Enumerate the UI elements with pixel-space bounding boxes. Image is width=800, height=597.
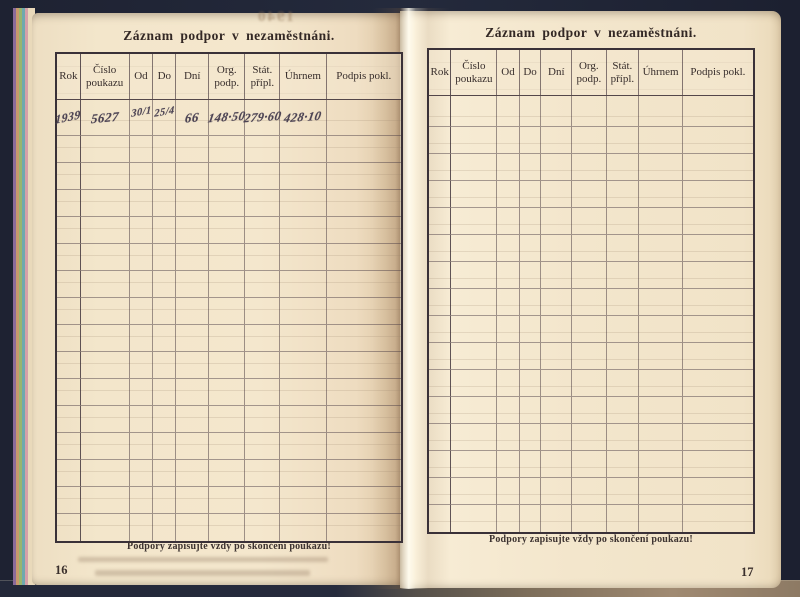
table-cell	[176, 352, 209, 379]
table-cell	[639, 127, 683, 154]
table-cell	[57, 163, 81, 190]
table-cell	[81, 514, 130, 541]
table-cell	[176, 325, 209, 352]
table-cell	[607, 181, 640, 208]
table-cell	[153, 487, 176, 514]
header-cell: Rok	[429, 50, 451, 95]
header-cell: Do	[520, 50, 542, 95]
table-cell	[153, 217, 176, 244]
table-cell	[327, 514, 401, 541]
table-cell	[327, 379, 401, 406]
table-cell	[327, 406, 401, 433]
table-cell	[541, 262, 572, 289]
handwritten-value: 428·10	[283, 109, 323, 127]
table-cell	[520, 208, 542, 235]
table-row	[429, 505, 753, 532]
table-cell	[245, 271, 280, 298]
table-cell	[245, 325, 280, 352]
table-cell	[572, 154, 606, 181]
table-cell	[327, 298, 401, 325]
header-cell: Podpis pokl.	[327, 54, 401, 99]
table-cell	[520, 96, 542, 127]
table-row	[429, 96, 753, 127]
table-cell	[130, 271, 154, 298]
table-cell	[176, 460, 209, 487]
table-cell	[451, 478, 497, 505]
header-cell: Číslo poukazu	[451, 50, 497, 95]
table-cell	[607, 316, 640, 343]
table-cell	[57, 271, 81, 298]
table-cell	[209, 271, 245, 298]
table-cell	[429, 424, 451, 451]
table-cell	[429, 316, 451, 343]
table-cell	[130, 190, 154, 217]
table-cell	[280, 136, 326, 163]
table-cell	[81, 460, 130, 487]
table-cell	[130, 298, 154, 325]
table-cell	[497, 208, 519, 235]
table-cell	[683, 235, 753, 262]
table-row	[57, 190, 401, 217]
table-cell	[81, 406, 130, 433]
table-cell	[57, 406, 81, 433]
table-cell	[327, 100, 401, 136]
table-cell	[572, 235, 606, 262]
table-cell	[280, 433, 326, 460]
table-cell	[153, 163, 176, 190]
table-cell	[451, 181, 497, 208]
bleedthrough-year-text: 1940	[185, 9, 365, 26]
table-cell	[451, 343, 497, 370]
table-row	[429, 316, 753, 343]
table-cell	[280, 514, 326, 541]
header-cell: Podpis pokl.	[683, 50, 753, 95]
table-cell	[81, 298, 130, 325]
table-cell	[541, 343, 572, 370]
table-cell	[176, 406, 209, 433]
table-cell	[57, 190, 81, 217]
table-cell	[280, 487, 326, 514]
table-cell	[209, 136, 245, 163]
table-cell	[57, 352, 81, 379]
table-cell	[497, 505, 519, 532]
table-cell	[607, 154, 640, 181]
table-cell: 30/1	[130, 100, 154, 136]
table-cell	[57, 433, 81, 460]
table-cell	[153, 271, 176, 298]
table-cell	[176, 190, 209, 217]
right-benefits-table: RokČíslo poukazuOdDoDníOrg. podp.Stát. p…	[427, 48, 755, 534]
handwritten-value: 66	[185, 109, 200, 126]
table-cell	[683, 127, 753, 154]
table-cell	[176, 514, 209, 541]
table-cell	[451, 505, 497, 532]
table-cell	[451, 235, 497, 262]
table-cell	[607, 451, 640, 478]
table-row	[429, 127, 753, 154]
table-cell	[245, 136, 280, 163]
table-cell	[176, 298, 209, 325]
table-cell	[639, 208, 683, 235]
table-cell	[153, 298, 176, 325]
table-cell	[209, 163, 245, 190]
table-cell	[57, 487, 81, 514]
table-cell	[81, 163, 130, 190]
table-cell	[607, 424, 640, 451]
table-cell	[81, 352, 130, 379]
table-cell	[81, 325, 130, 352]
table-row	[429, 289, 753, 316]
table-cell	[497, 289, 519, 316]
table-cell	[572, 343, 606, 370]
table-cell	[327, 487, 401, 514]
table-cell	[572, 262, 606, 289]
table-cell	[327, 136, 401, 163]
table-cell	[280, 190, 326, 217]
table-row	[57, 487, 401, 514]
book-photo: 1940 Záznam podpor v nezaměstnáni. RokČí…	[0, 0, 800, 597]
table-cell	[683, 96, 753, 127]
table-cell	[327, 325, 401, 352]
table-cell	[572, 397, 606, 424]
table-cell	[639, 478, 683, 505]
table-cell	[520, 235, 542, 262]
table-cell	[280, 379, 326, 406]
table-cell	[209, 298, 245, 325]
table-cell	[153, 244, 176, 271]
table-cell	[130, 406, 154, 433]
table-cell	[130, 217, 154, 244]
table-cell	[130, 163, 154, 190]
table-cell	[209, 379, 245, 406]
table-cell	[327, 163, 401, 190]
table-cell	[639, 505, 683, 532]
table-cell	[541, 424, 572, 451]
table-cell	[497, 154, 519, 181]
table-cell	[497, 127, 519, 154]
table-cell	[451, 262, 497, 289]
header-cell: Org. podp.	[209, 54, 245, 99]
header-cell: Rok	[57, 54, 81, 99]
table-cell	[209, 190, 245, 217]
table-cell	[683, 208, 753, 235]
table-cell	[429, 262, 451, 289]
table-cell	[572, 127, 606, 154]
table-cell	[327, 352, 401, 379]
table-cell	[153, 352, 176, 379]
table-cell	[81, 271, 130, 298]
table-row	[57, 433, 401, 460]
table-cell	[607, 235, 640, 262]
table-header-row: RokČíslo poukazuOdDoDníOrg. podp.Stát. p…	[429, 50, 753, 96]
table-cell	[429, 451, 451, 478]
table-cell	[607, 127, 640, 154]
table-cell	[683, 505, 753, 532]
table-cell	[153, 136, 176, 163]
table-cell	[572, 181, 606, 208]
table-cell	[429, 127, 451, 154]
table-cell	[497, 96, 519, 127]
table-cell	[57, 460, 81, 487]
table-row	[429, 208, 753, 235]
handwritten-value: 30/1	[131, 105, 152, 120]
table-header-row: RokČíslo poukazuOdDoDníOrg. podp.Stát. p…	[57, 54, 401, 100]
table-cell	[327, 433, 401, 460]
table-cell	[81, 136, 130, 163]
table-cell	[130, 487, 154, 514]
table-cell	[607, 478, 640, 505]
table-cell	[327, 217, 401, 244]
table-cell	[639, 96, 683, 127]
table-cell	[541, 154, 572, 181]
header-cell: Dní	[176, 54, 209, 99]
table-cell	[520, 154, 542, 181]
table-cell	[57, 244, 81, 271]
table-cell	[683, 289, 753, 316]
table-cell	[639, 451, 683, 478]
table-cell	[520, 370, 542, 397]
table-row	[429, 262, 753, 289]
table-cell: 1939	[57, 100, 81, 136]
table-cell	[451, 208, 497, 235]
table-row	[57, 244, 401, 271]
table-cell	[280, 163, 326, 190]
table-cell	[639, 181, 683, 208]
table-cell	[683, 424, 753, 451]
table-cell	[130, 325, 154, 352]
table-cell	[280, 460, 326, 487]
table-cell	[209, 325, 245, 352]
left-page-title: Záznam podpor v nezaměstnáni.	[55, 28, 403, 44]
table-cell	[280, 352, 326, 379]
table-cell	[607, 343, 640, 370]
table-cell	[280, 325, 326, 352]
table-cell	[451, 96, 497, 127]
table-cell	[245, 190, 280, 217]
table-row	[429, 397, 753, 424]
right-footer-note: Podpory zapisujte vždy po skončení pouka…	[427, 534, 755, 545]
table-cell	[520, 181, 542, 208]
table-cell	[81, 217, 130, 244]
table-cell	[81, 379, 130, 406]
table-cell	[572, 289, 606, 316]
table-cell	[209, 433, 245, 460]
table-cell	[541, 505, 572, 532]
table-row	[57, 325, 401, 352]
table-cell	[541, 181, 572, 208]
table-cell	[572, 316, 606, 343]
table-cell	[497, 343, 519, 370]
table-cell	[245, 514, 280, 541]
table-cell	[541, 478, 572, 505]
header-cell: Dní	[541, 50, 572, 95]
table-cell	[572, 370, 606, 397]
table-cell	[176, 136, 209, 163]
header-cell: Od	[497, 50, 519, 95]
table-cell	[607, 262, 640, 289]
table-row	[57, 136, 401, 163]
table-cell	[153, 379, 176, 406]
table-cell	[245, 379, 280, 406]
table-cell	[607, 289, 640, 316]
table-cell	[451, 451, 497, 478]
table-cell	[639, 370, 683, 397]
table-cell	[153, 460, 176, 487]
table-cell	[245, 163, 280, 190]
table-cell	[520, 424, 542, 451]
table-cell	[245, 352, 280, 379]
table-cell	[429, 96, 451, 127]
handwritten-value: 148·50	[207, 109, 247, 127]
table-row	[57, 514, 401, 541]
table-cell	[683, 262, 753, 289]
table-row	[57, 217, 401, 244]
left-footer-note: Podpory zapisujte vždy po skončení pouka…	[55, 541, 403, 552]
table-cell	[280, 298, 326, 325]
table-cell	[683, 451, 753, 478]
table-cell	[520, 316, 542, 343]
table-cell	[130, 460, 154, 487]
handwritten-value: 1939	[55, 107, 81, 128]
table-cell	[429, 181, 451, 208]
header-cell: Číslo poukazu	[81, 54, 130, 99]
table-cell	[451, 127, 497, 154]
table-cell	[429, 478, 451, 505]
table-cell	[683, 154, 753, 181]
table-cell	[429, 343, 451, 370]
table-cell	[245, 298, 280, 325]
table-cell	[57, 136, 81, 163]
table-cell	[497, 424, 519, 451]
table-cell	[572, 96, 606, 127]
table-cell	[130, 379, 154, 406]
table-row	[57, 460, 401, 487]
table-cell	[429, 289, 451, 316]
table-cell	[497, 478, 519, 505]
table-cell	[209, 460, 245, 487]
table-cell	[683, 181, 753, 208]
table-cell: 148·50	[209, 100, 245, 136]
table-row: 1939562730/125/466148·50279·60428·10	[57, 100, 401, 136]
table-cell	[81, 433, 130, 460]
table-cell	[683, 478, 753, 505]
table-cell	[280, 271, 326, 298]
header-cell: Org. podp.	[572, 50, 606, 95]
table-cell	[607, 208, 640, 235]
table-cell	[497, 262, 519, 289]
table-row	[429, 451, 753, 478]
table-cell	[209, 217, 245, 244]
table-cell	[497, 451, 519, 478]
table-cell	[520, 127, 542, 154]
table-cell	[280, 244, 326, 271]
table-cell	[572, 451, 606, 478]
table-cell	[497, 370, 519, 397]
table-cell: 279·60	[245, 100, 280, 136]
table-cell	[639, 235, 683, 262]
handwritten-value: 279·60	[242, 109, 282, 127]
table-cell	[209, 487, 245, 514]
table-row	[57, 298, 401, 325]
table-cell	[607, 397, 640, 424]
table-cell	[280, 406, 326, 433]
table-cell	[607, 370, 640, 397]
table-row	[429, 370, 753, 397]
table-cell	[541, 235, 572, 262]
bleedthrough-text-line	[78, 557, 328, 562]
table-cell	[429, 154, 451, 181]
right-page-title: Záznam podpor v nezaměstnáni.	[427, 25, 755, 41]
table-cell	[327, 190, 401, 217]
table-cell	[639, 154, 683, 181]
table-cell	[451, 424, 497, 451]
table-cell	[245, 217, 280, 244]
table-cell	[607, 96, 640, 127]
table-cell	[153, 325, 176, 352]
table-cell: 428·10	[280, 100, 326, 136]
table-cell	[451, 289, 497, 316]
table-cell	[541, 127, 572, 154]
table-cell	[429, 208, 451, 235]
table-cell	[429, 235, 451, 262]
table-cell	[497, 397, 519, 424]
table-cell	[572, 208, 606, 235]
table-cell	[541, 289, 572, 316]
header-cell: Úhrnem	[639, 50, 683, 95]
table-cell	[130, 244, 154, 271]
table-cell	[683, 397, 753, 424]
table-cell	[497, 316, 519, 343]
table-cell	[683, 370, 753, 397]
table-cell	[176, 244, 209, 271]
table-cell	[683, 316, 753, 343]
table-cell	[327, 244, 401, 271]
table-cell	[497, 181, 519, 208]
table-cell	[429, 505, 451, 532]
table-cell	[451, 154, 497, 181]
table-cell	[209, 514, 245, 541]
handwritten-value: 25/4	[154, 105, 175, 120]
table-cell	[429, 370, 451, 397]
table-cell	[81, 244, 130, 271]
handwritten-value: 5627	[90, 108, 119, 127]
table-row	[429, 181, 753, 208]
table-row	[429, 343, 753, 370]
table-cell	[639, 262, 683, 289]
table-cell	[280, 217, 326, 244]
table-cell	[81, 190, 130, 217]
table-cell	[451, 370, 497, 397]
table-cell	[209, 406, 245, 433]
table-cell	[327, 460, 401, 487]
table-cell	[572, 505, 606, 532]
table-cell	[639, 424, 683, 451]
table-cell	[639, 397, 683, 424]
table-cell	[176, 217, 209, 244]
table-cell	[130, 352, 154, 379]
table-cell	[429, 397, 451, 424]
table-cell: 25/4	[153, 100, 176, 136]
table-cell	[520, 262, 542, 289]
table-cell	[153, 514, 176, 541]
table-row	[57, 163, 401, 190]
table-cell	[130, 433, 154, 460]
table-cell: 66	[176, 100, 209, 136]
right-page-number: 17	[741, 565, 754, 580]
table-cell	[245, 406, 280, 433]
table-cell	[245, 244, 280, 271]
table-cell	[520, 397, 542, 424]
